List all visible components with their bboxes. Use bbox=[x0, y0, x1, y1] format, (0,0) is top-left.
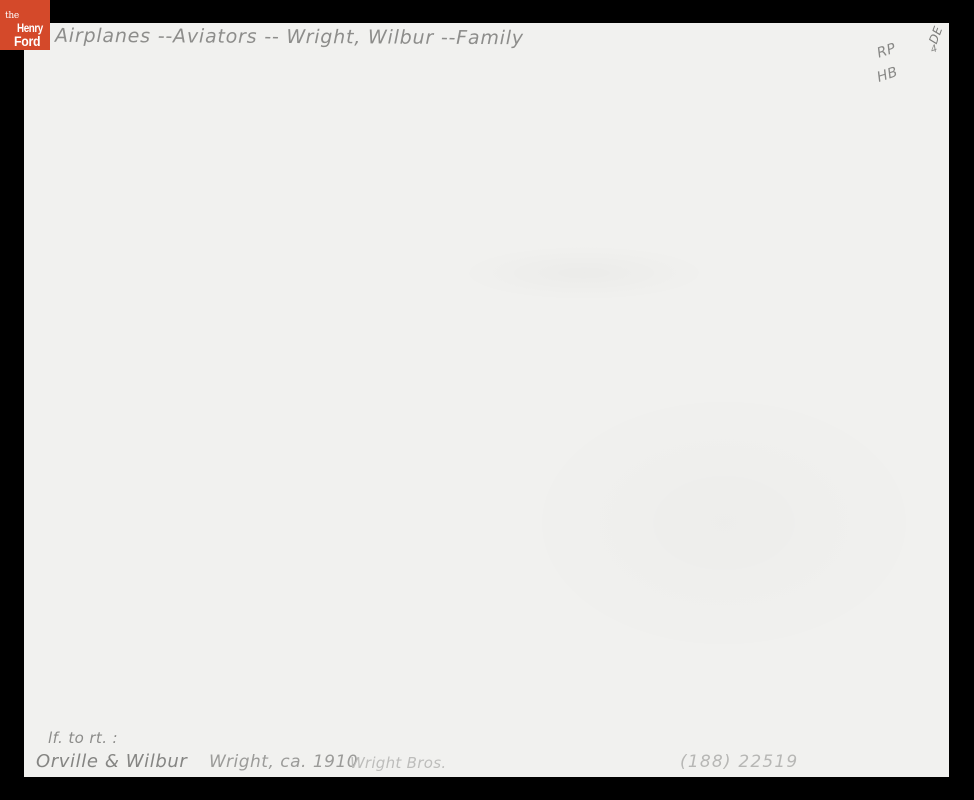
caption-surname-date: Wright, ca. 1910 bbox=[209, 752, 358, 772]
caption-names: Orville & Wilbur bbox=[36, 751, 187, 772]
catalog-number: (188) 22519 bbox=[680, 752, 798, 772]
logo-text-ford: Ford bbox=[14, 34, 40, 48]
caption-note: Wright Bros. bbox=[350, 754, 446, 772]
subject-heading: Airplanes --Aviators -- Wright, Wilbur -… bbox=[55, 25, 524, 49]
caption-left-to-right: lf. to rt. : bbox=[48, 729, 118, 747]
logo-text-the: the bbox=[5, 12, 19, 21]
photograph-back-paper bbox=[24, 23, 949, 777]
the-henry-ford-logo[interactable]: the Henry Ford bbox=[0, 0, 50, 50]
